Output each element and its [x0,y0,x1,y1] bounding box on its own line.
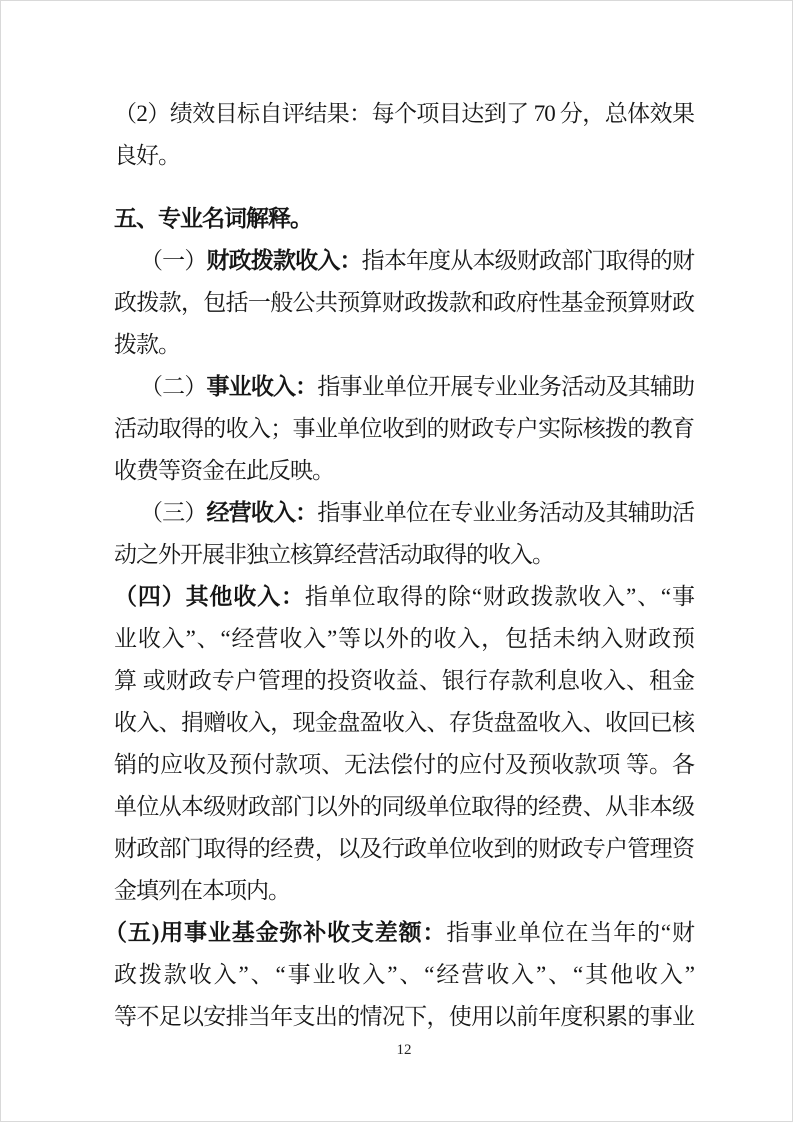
paragraph-other-income: （四）其他收入：指单位取得的除“财政拨款收入”、“事 业收入”、“经营收入”等以… [114,576,694,912]
text-line: 业收入”、“经营收入”等以外的收入，包括未纳入财政预 [114,618,694,660]
paragraph-fund-deficit-coverage: （五)用事业基金弥补收支差额：指事业单位在当年的“财 政拨款收入”、“事业收入”… [114,912,694,1038]
text-line: 财政部门取得的经费，以及行政单位收到的财政专户管理资 [114,828,694,870]
paragraph-business-income: （三）经营收入：指事业单位在专业业务活动及其辅助活 动之外开展非独立核算经营活动… [114,492,694,576]
text-line: 销的应收及预付款项、无法偿付的应付及预收款项 等。各 [114,744,694,786]
text-line: （五)用事业基金弥补收支差额：指事业单位在当年的“财 [104,912,694,954]
text-line: （一）财政拨款收入：指本年度从本级财政部门取得的财 [114,240,694,282]
text-line: 单位从本级财政部门以外的同级单位取得的经费、从非本级 [114,786,694,828]
paragraph-performance-self-evaluation: （2）绩效目标自评结果：每个项目达到了 70 分，总体效果 良好。 [114,93,694,177]
section-heading: 五、专业名词解释。 [114,198,694,240]
document-page: （2）绩效目标自评结果：每个项目达到了 70 分，总体效果 良好。 五、专业名词… [0,0,793,1122]
text-line: （二）事业收入：指事业单位开展专业业务活动及其辅助 [114,366,694,408]
text-line: 算 或财政专户管理的投资收益、银行存款利息收入、租金 [114,660,694,702]
text-line: 收入、捐赠收入，现金盘盈收入、存货盘盈收入、收回已核 [114,702,694,744]
text-line: 良好。 [114,135,694,177]
text-line: （2）绩效目标自评结果：每个项目达到了 70 分，总体效果 [114,93,694,135]
text-line: 活动取得的收入；事业单位收到的财政专户实际核拨的教育 [114,408,694,450]
text-line: 政拨款收入”、“事业收入”、“经营收入”、“其他收入” [114,954,694,996]
text-line: 等不足以安排当年支出的情况下，使用以前年度积累的事业 [114,996,694,1038]
text-line: 政拨款，包括一般公共预算财政拨款和政府性基金预算财政 [114,282,694,324]
paragraph-fiscal-appropriation-income: （一）财政拨款收入：指本年度从本级财政部门取得的财 政拨款，包括一般公共预算财政… [114,240,694,366]
text-line: （三）经营收入：指事业单位在专业业务活动及其辅助活 [114,492,694,534]
page-content: （2）绩效目标自评结果：每个项目达到了 70 分，总体效果 良好。 五、专业名词… [114,93,694,1038]
text-line: （四）其他收入：指单位取得的除“财政拨款收入”、“事 [114,576,694,618]
paragraph-operational-income: （二）事业收入：指事业单位开展专业业务活动及其辅助 活动取得的收入；事业单位收到… [114,366,694,492]
text-line: 收费等资金在此反映。 [114,450,694,492]
text-line: 金填列在本项内。 [114,870,694,912]
page-number: 12 [114,1039,694,1061]
text-line: 动之外开展非独立核算经营活动取得的收入。 [114,534,694,576]
text-line: 拨款。 [114,324,694,366]
